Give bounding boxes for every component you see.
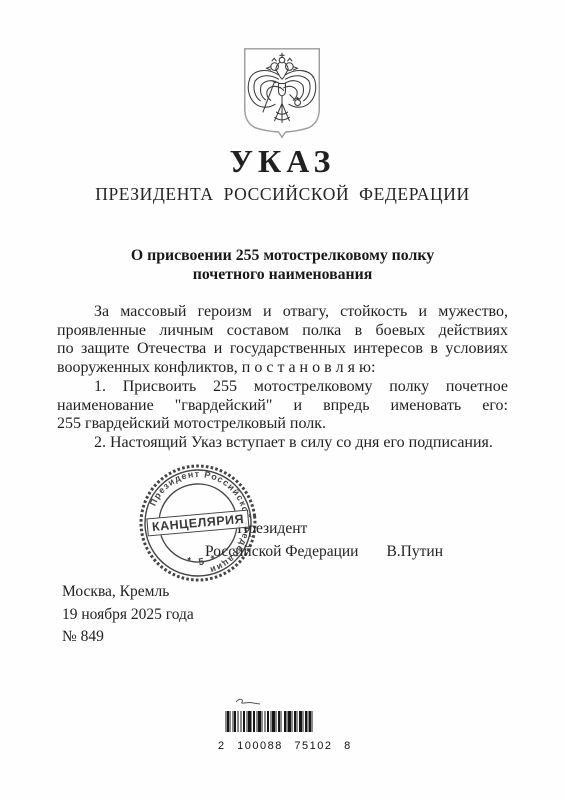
barcode: 2 100088 75102 8 xyxy=(218,698,318,752)
double-headed-eagle-icon xyxy=(243,46,321,140)
subject-line-1: О присвоении 255 мотострелковому полку xyxy=(0,247,565,266)
body-line: вооруженных конфликтов, п о с т а н о в … xyxy=(57,359,508,378)
body-line: проявленные личным составом полка в боев… xyxy=(57,322,508,341)
chancellery-stamp: Президент Российской Федерации * 5 * КАН… xyxy=(131,456,265,590)
stamp-bottom-text: * 5 * xyxy=(184,552,220,570)
decree-subject: О присвоении 255 мотострелковому полку п… xyxy=(0,247,565,284)
decree-place: Москва, Кремль xyxy=(62,581,194,604)
decree-footer: Москва, Кремль 19 ноября 2025 года № 849 xyxy=(62,581,194,649)
decree-body: За массовый героизм и отвагу, стойкость … xyxy=(57,303,508,453)
coat-of-arms xyxy=(243,46,321,140)
body-line: 2. Настоящий Указ вступает в силу со дня… xyxy=(57,434,508,453)
body-line: 255 гвардейский мотострелковый полк. xyxy=(57,415,508,434)
decree-number: № 849 xyxy=(62,626,194,649)
barcode-digits: 2 100088 75102 8 xyxy=(218,740,318,752)
subject-line-2: почетного наименования xyxy=(0,266,565,285)
body-line: наименование "гвардейский" и впредь имен… xyxy=(57,397,508,416)
decree-date: 19 ноября 2025 года xyxy=(62,604,194,627)
decree-title: УКАЗ xyxy=(0,143,565,180)
decree-issuer: ПРЕЗИДЕНТА РОССИЙСКОЙ ФЕДЕРАЦИИ xyxy=(0,184,565,205)
body-line: За массовый героизм и отвагу, стойкость … xyxy=(57,303,508,322)
decree-document: УКАЗ ПРЕЗИДЕНТА РОССИЙСКОЙ ФЕДЕРАЦИИ О п… xyxy=(0,0,565,800)
signature-role-line1: Президент xyxy=(237,520,465,538)
body-line: по защите Отечества и государственных ин… xyxy=(57,340,508,359)
barcode-icon xyxy=(218,698,318,734)
body-line: 1. Присвоить 255 мотострелковому полку п… xyxy=(57,378,508,397)
svg-text:* 5 *: * 5 * xyxy=(184,552,220,570)
signature-name: В.Путин xyxy=(386,543,443,561)
